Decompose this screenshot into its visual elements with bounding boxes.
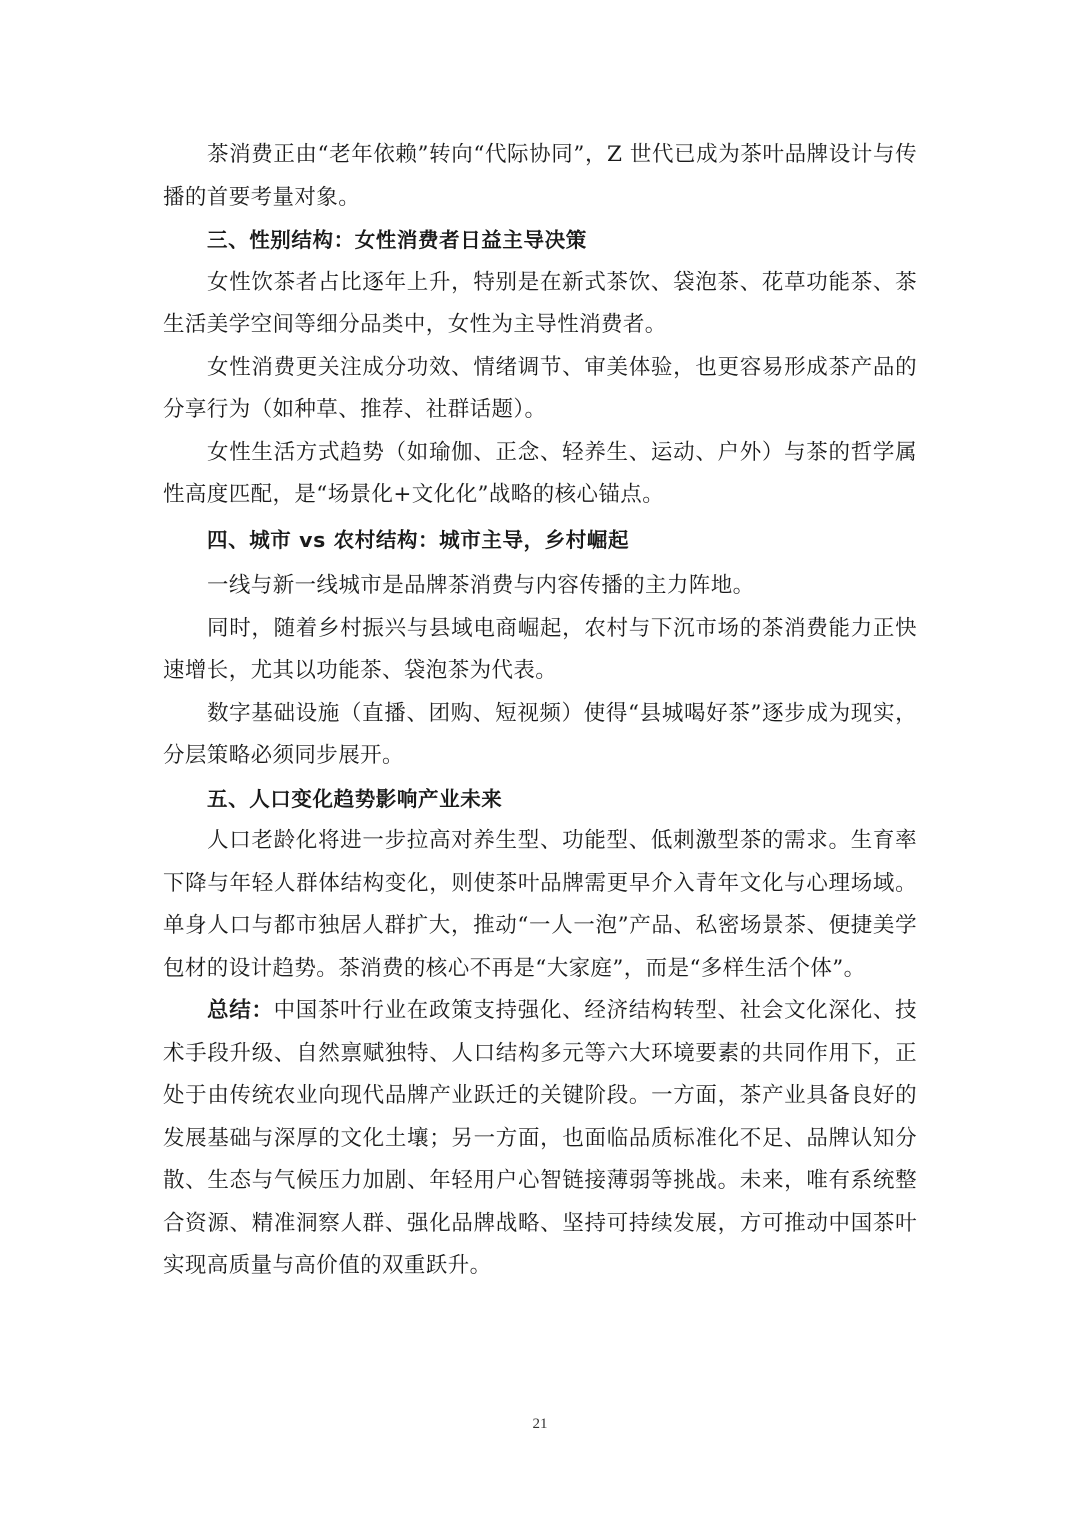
paragraph-tier-cities: 一线与新一线城市是品牌茶消费与内容传播的主力阵地。 <box>163 565 917 608</box>
section-heading-gender: 三、性别结构：女性消费者日益主导决策 <box>163 219 917 262</box>
paragraph-summary: 总结：中国茶叶行业在政策支持强化、经济结构转型、社会文化深化、技术手段升级、自然… <box>163 990 917 1288</box>
paragraph-rural-growth: 同时，随着乡村振兴与县域电商崛起，农村与下沉市场的茶消费能力正快速增长，尤其以功… <box>163 608 917 693</box>
paragraph-female-lifestyle: 女性生活方式趋势（如瑜伽、正念、轻养生、运动、户外）与茶的哲学属性高度匹配，是“… <box>163 432 917 517</box>
paragraph-digital-infra: 数字基础设施（直播、团购、短视频）使得“县城喝好茶”逐步成为现实，分层策略必须同… <box>163 693 917 778</box>
summary-lead: 总结： <box>207 998 274 1023</box>
section-heading-urban-rural: 四、城市 vs 农村结构：城市主导，乡村崛起 <box>163 519 917 562</box>
paragraph-gen-z: 茶消费正由“老年依赖”转向“代际协同”，Z 世代已成为茶叶品牌设计与传播的首要考… <box>163 134 917 219</box>
page-number: 21 <box>0 1416 1080 1433</box>
summary-body: 中国茶叶行业在政策支持强化、经济结构转型、社会文化深化、技术手段升级、自然禀赋独… <box>163 998 917 1278</box>
section-heading-population-trends: 五、人口变化趋势影响产业未来 <box>163 778 917 821</box>
paragraph-female-share: 女性饮茶者占比逐年上升，特别是在新式茶饮、袋泡茶、花草功能茶、茶生活美学空间等细… <box>163 262 917 347</box>
paragraph-population-change: 人口老龄化将进一步拉高对养生型、功能型、低刺激型茶的需求。生育率下降与年轻人群体… <box>163 820 917 990</box>
paragraph-female-focus: 女性消费更关注成分功效、情绪调节、审美体验，也更容易形成茶产品的分享行为（如种草… <box>163 347 917 432</box>
document-page: 茶消费正由“老年依赖”转向“代际协同”，Z 世代已成为茶叶品牌设计与传播的首要考… <box>163 134 917 1288</box>
